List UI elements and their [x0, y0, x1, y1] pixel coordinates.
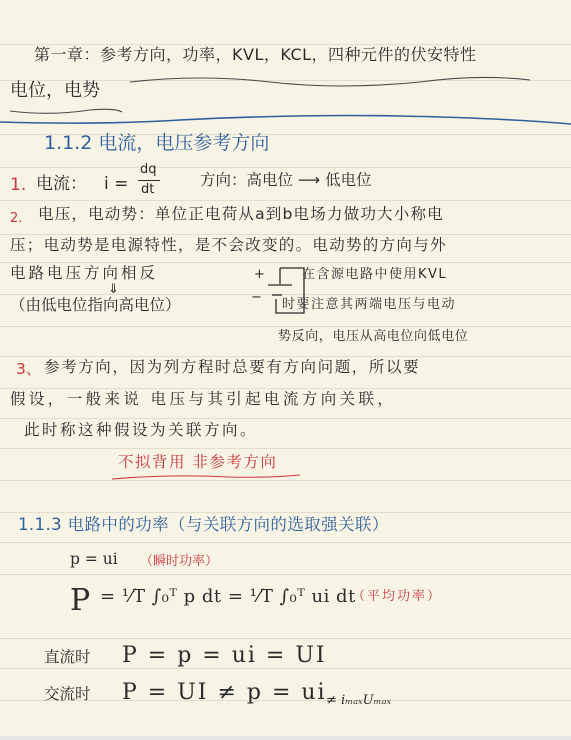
item2-line1: 电压，电动势：单位正电荷从a到b电场力做功大小称电: [38, 207, 444, 223]
item1-fraction-numerator: dq: [140, 163, 157, 176]
item2-line4: （由低电位指向高电位）: [10, 298, 181, 314]
item1-formula-lhs: i =: [104, 176, 128, 193]
item3-red-note: 不拟背用 非参考方向: [118, 455, 277, 471]
ruled-line: [0, 234, 571, 235]
ruled-line: [0, 638, 571, 639]
formula-average-power-P: P: [70, 586, 90, 616]
dc-formula: P = p = ui = UI: [122, 645, 327, 667]
side-note-line3: 势反向，电压从高电位向低电位: [278, 330, 468, 343]
dc-label: 直流时: [44, 650, 91, 666]
section-113-title: 1.1.3 电路中的功率（与关联方向的选取强关联）: [18, 517, 389, 534]
side-note-line2: 时要注意其两端电压与电动: [282, 298, 456, 311]
side-note-line1: 在含源电路中使用KVL: [302, 268, 447, 281]
formula-average-power: = ¹⁄T ∫₀ᵀ p dt = ¹⁄T ∫₀ᵀ ui dt: [100, 588, 356, 606]
chapter-heading-line2: 电位，电势: [10, 82, 100, 100]
item1-number: 1.: [10, 177, 26, 194]
voltage-source-diagram: [240, 255, 320, 325]
ac-formula: P = UI ≠ p = ui: [122, 682, 327, 704]
ruled-line: [0, 542, 571, 543]
ruled-line: [0, 388, 571, 389]
red-note-underline: [0, 474, 320, 486]
ruled-line: [0, 668, 571, 669]
bottom-edge: [0, 736, 571, 740]
item3-line2: 假设，一般来说 电压与其引起电流方向关联，: [10, 392, 396, 408]
ruled-line: [0, 326, 571, 327]
ruled-line: [0, 356, 571, 357]
item2-arrow-note: ⇓: [108, 283, 119, 296]
item2-number: 2.: [10, 212, 22, 225]
average-power-note: （平均功率）: [352, 590, 442, 603]
ruled-line: [0, 574, 571, 575]
item1-label: 电流：: [36, 176, 87, 193]
section-112-title: 1.1.2 电流，电压参考方向: [44, 134, 269, 153]
item3-number: 3、: [16, 362, 41, 378]
ruled-line: [0, 512, 571, 513]
instant-power-note: （瞬时功率）: [140, 555, 218, 568]
ac-extra: ≠ iₘₐₓUₘₐₓ: [326, 694, 391, 707]
item1-direction: 方向：高电位 ⟶ 低电位: [200, 173, 372, 189]
item3-line3: 此时称这种假设为关联方向。: [24, 423, 258, 439]
formula-instant-power: p = ui: [70, 552, 118, 568]
ruled-line: [0, 418, 571, 419]
fraction-bar: [138, 180, 160, 181]
section-divider: [0, 110, 571, 130]
chapter-heading: 第一章：参考方向，功率，KVL，KCL，四种元件的伏安特性: [34, 47, 477, 63]
item3-line1: 参考方向，因为列方程时总要有方向问题，所以要: [44, 360, 420, 376]
item2-line3: 电路电压方向相反: [10, 266, 158, 282]
ruled-line: [0, 448, 571, 449]
ruled-line: [0, 167, 571, 168]
item2-line2: 压；电动势是电源特性，是不会改变的。电动势的方向与外: [10, 238, 447, 254]
item1-fraction-denominator: dt: [141, 183, 154, 196]
ac-label: 交流时: [44, 687, 91, 703]
ruled-line: [0, 200, 571, 201]
